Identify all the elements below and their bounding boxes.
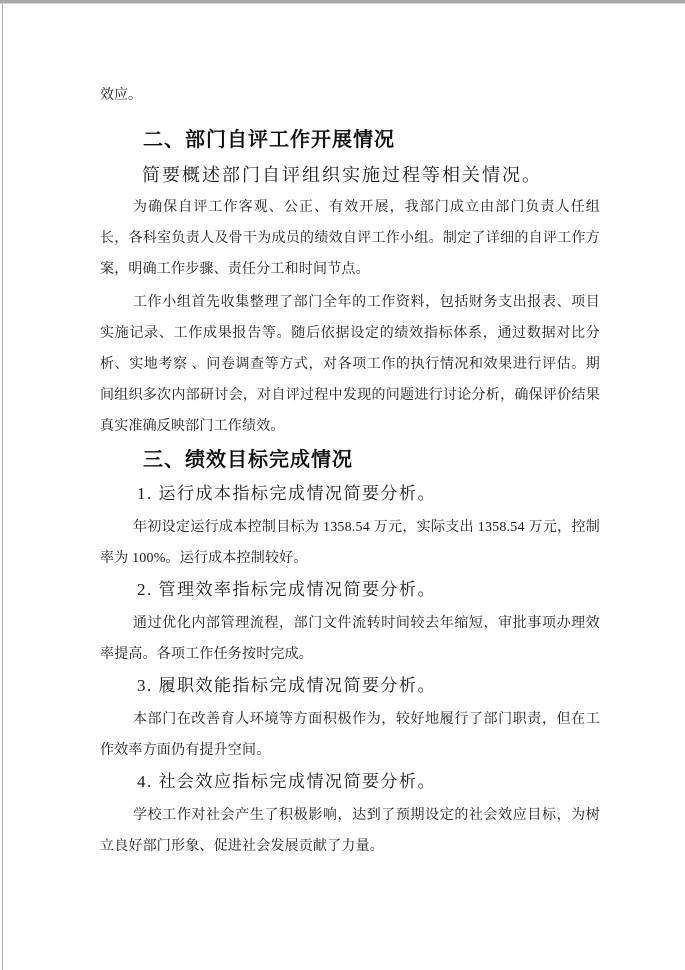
section-2-heading: 二、部门自评工作开展情况 bbox=[100, 122, 600, 158]
document-body: 效应。 二、部门自评工作开展情况 简要概述部门自评组织实施过程等相关情况。 为确… bbox=[100, 0, 600, 862]
section-3-item-3-body: 本部门在改善育人环境等方面积极作为，较好地履行了部门职责，但在工作效率方面仍有提… bbox=[100, 704, 600, 766]
section-3-heading: 三、绩效目标完成情况 bbox=[100, 442, 600, 478]
section-3-item-3-title: 3. 履职效能指标完成情况简要分析。 bbox=[100, 670, 600, 701]
section-3-item-1-title: 1. 运行成本指标完成情况简要分析。 bbox=[100, 478, 600, 509]
section-3-item-2-title: 2. 管理效率指标完成情况简要分析。 bbox=[100, 574, 600, 605]
section-3-item-2-body: 通过优化内部管理流程，部门文件流转时间较去年缩短，审批事项办理效率提高。各项工作… bbox=[100, 608, 600, 670]
section-3-item-4-title: 4. 社会效应指标完成情况简要分析。 bbox=[100, 766, 600, 797]
page-left-edge bbox=[2, 3, 3, 970]
document-page: 效应。 二、部门自评工作开展情况 简要概述部门自评组织实施过程等相关情况。 为确… bbox=[0, 0, 685, 970]
section-3-item-1-body: 年初设定运行成本控制目标为 1358.54 万元，实际支出 1358.54 万元… bbox=[100, 512, 600, 574]
section-2-paragraph-2: 工作小组首先收集整理了部门全年的工作资料，包括财务支出报表、项目实施记录、工作成… bbox=[100, 287, 600, 442]
paragraph-continuation: 效应。 bbox=[100, 80, 600, 111]
section-3-item-4-body: 学校工作对社会产生了积极影响，达到了预期设定的社会效应目标，为树立良好部门形象、… bbox=[100, 800, 600, 862]
section-2-lead: 简要概述部门自评组织实施过程等相关情况。 bbox=[100, 158, 600, 192]
section-2-paragraph-1: 为确保自评工作客观、公正、有效开展，我部门成立由部门负责人任组长，各科室负责人及… bbox=[100, 192, 600, 285]
